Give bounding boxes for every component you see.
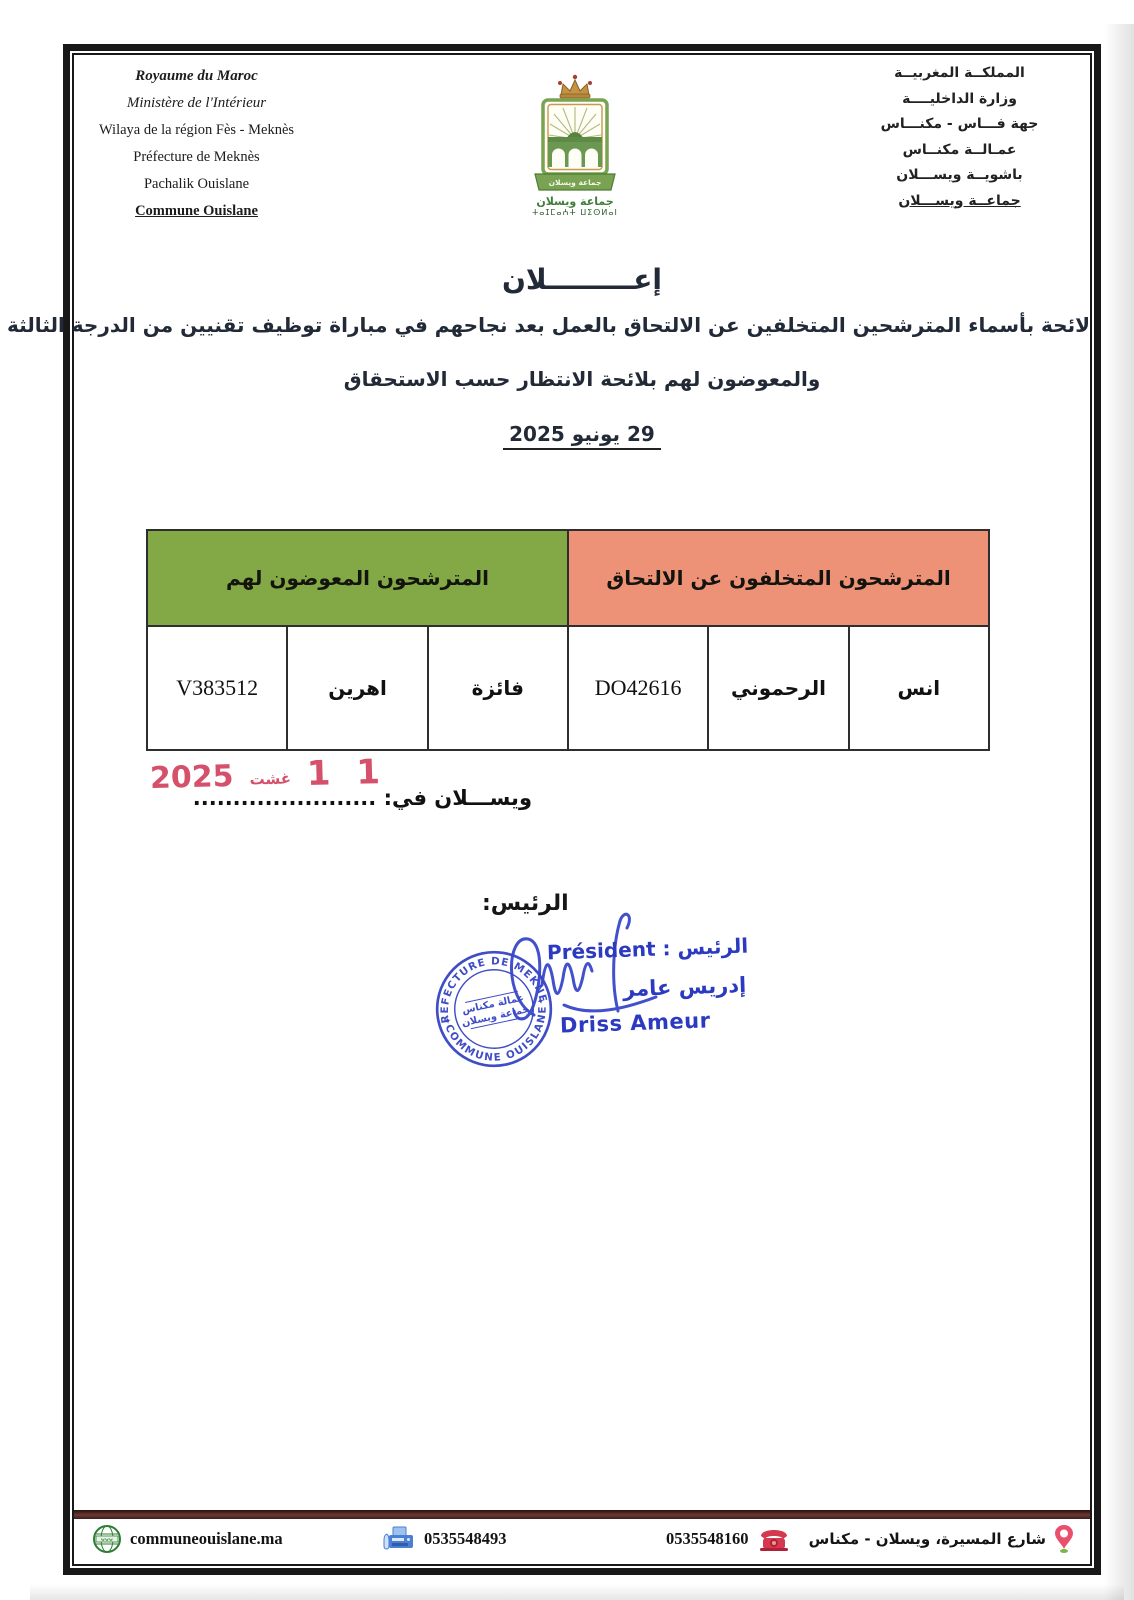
bridge	[548, 132, 602, 167]
ribbon-text: جماعة ويسلان	[549, 178, 602, 187]
footer-phone: 0535548160	[666, 1522, 791, 1556]
ribbon: جماعة ويسلان	[535, 174, 615, 190]
pachalik-line-fr: Pachalik Ouislane	[74, 171, 319, 198]
stamp-president-name-arabic: إدريس عامر	[622, 973, 746, 1001]
document-content-area: Royaume du Maroc Ministère de l'Intérieu…	[72, 53, 1092, 1566]
table-header-row: المترشحون المتخلفون عن الالتحاق المترشحو…	[147, 530, 989, 626]
announcement-line2: والمعوضون لهم بلائحة الانتظار حسب الاستح…	[74, 367, 1090, 391]
emblem-caption-tifinagh: ⵜⴰⵊⵎⴰⵄⵜ ⵡⵉⵙⵍⴰⵏ	[526, 208, 624, 217]
header-french-block: Royaume du Maroc Ministère de l'Intérieu…	[74, 63, 319, 225]
region-line-ar: جهة فـــاس - مكنـــاس	[857, 112, 1062, 138]
cell-first-name-replacement: فائزة	[428, 626, 568, 750]
header-absent-candidates: المترشحون المتخلفون عن الالتحاق	[568, 530, 989, 626]
announcement-line1: لائحة بأسماء المترشحين المتخلفين عن الال…	[74, 313, 1090, 337]
commune-emblem-icon: جماعة ويسلان	[529, 73, 621, 195]
cell-id-absent: DO42616	[568, 626, 708, 750]
crown-icon	[558, 75, 592, 98]
announcement-title: إعـــــــــلان	[74, 263, 1090, 296]
footer-address: شارع المسيرة، ويسلان - مكناس	[809, 1522, 1074, 1556]
prefecture-line-ar: عمـالــة مكنــاس	[857, 138, 1062, 164]
footer-website: www communeouislane.ma	[92, 1522, 283, 1556]
place-date-label: ويســـلان في: .......................	[193, 786, 532, 810]
address-text: شارع المسيرة، ويسلان - مكناس	[809, 1530, 1046, 1548]
pachalik-line-ar: باشويــة ويســـلان	[857, 163, 1062, 189]
table-data-row: انس الرحموني DO42616 فائزة اهرين V383512	[147, 626, 989, 750]
cell-first-name-absent: انس	[849, 626, 989, 750]
footer-divider-line	[74, 1510, 1090, 1519]
scan-edge-shadow-bottom	[30, 1584, 1124, 1600]
candidates-table: المترشحون المتخلفون عن الالتحاق المترشحو…	[146, 529, 990, 751]
telephone-icon	[757, 1526, 791, 1552]
document-border-frame: Royaume du Maroc Ministère de l'Intérieu…	[63, 44, 1101, 1575]
kingdom-line-ar: المملكــة المغربيــة	[857, 61, 1062, 87]
wilaya-line-fr: Wilaya de la région Fès - Meknès	[74, 117, 319, 144]
fax-number: 0535548493	[424, 1529, 507, 1549]
commune-line-ar: جماعــة ويســـلان	[857, 189, 1062, 215]
commune-emblem: جماعة ويسلان جماعة ويسلان ⵜⴰⵊⵎⴰⵄⵜ ⵡⵉⵙⵍⴰⵏ	[526, 73, 624, 217]
header-arabic-block: المملكــة المغربيــة وزارة الداخليــــة …	[857, 61, 1062, 214]
signature-stamp-zone: PREFECTURE DE MEKNES COMMUNE OUISLANE ✦ …	[432, 913, 750, 1083]
emblem-caption-arabic: جماعة ويسلان	[526, 196, 624, 208]
footer-fax: 0535548493	[382, 1522, 507, 1556]
announcement-date-wrap: 29 يونيو 2025	[74, 422, 1090, 450]
location-pin-icon	[1054, 1524, 1074, 1554]
scanned-announcement-document: Royaume du Maroc Ministère de l'Intérieu…	[0, 0, 1134, 1600]
ministry-line-fr: Ministère de l'Intérieur	[74, 90, 319, 117]
announcement-date: 29 يونيو 2025	[503, 422, 661, 450]
commune-line-fr: Commune Ouislane	[74, 198, 319, 225]
fax-machine-icon	[382, 1524, 416, 1554]
stamp-month: غشت	[249, 761, 291, 788]
header-replacement-candidates: المترشحون المعوضون لهم	[147, 530, 568, 626]
stamp-president-name-latin: Driss Ameur	[559, 1008, 710, 1037]
ministry-line-ar: وزارة الداخليــــة	[857, 87, 1062, 113]
prefecture-line-fr: Préfecture de Meknès	[74, 144, 319, 171]
svg-text:www: www	[101, 1537, 113, 1543]
scan-edge-shadow-right	[1104, 24, 1134, 1600]
cell-last-name-replacement: اهرين	[287, 626, 427, 750]
cell-last-name-absent: الرحموني	[708, 626, 848, 750]
kingdom-line-fr: Royaume du Maroc	[74, 63, 319, 90]
phone-number: 0535548160	[666, 1529, 749, 1549]
cell-id-replacement: V383512	[147, 626, 287, 750]
website-text: communeouislane.ma	[130, 1529, 283, 1549]
globe-www-icon: www	[92, 1524, 122, 1554]
stamp-star-left: ✦	[443, 1015, 453, 1027]
